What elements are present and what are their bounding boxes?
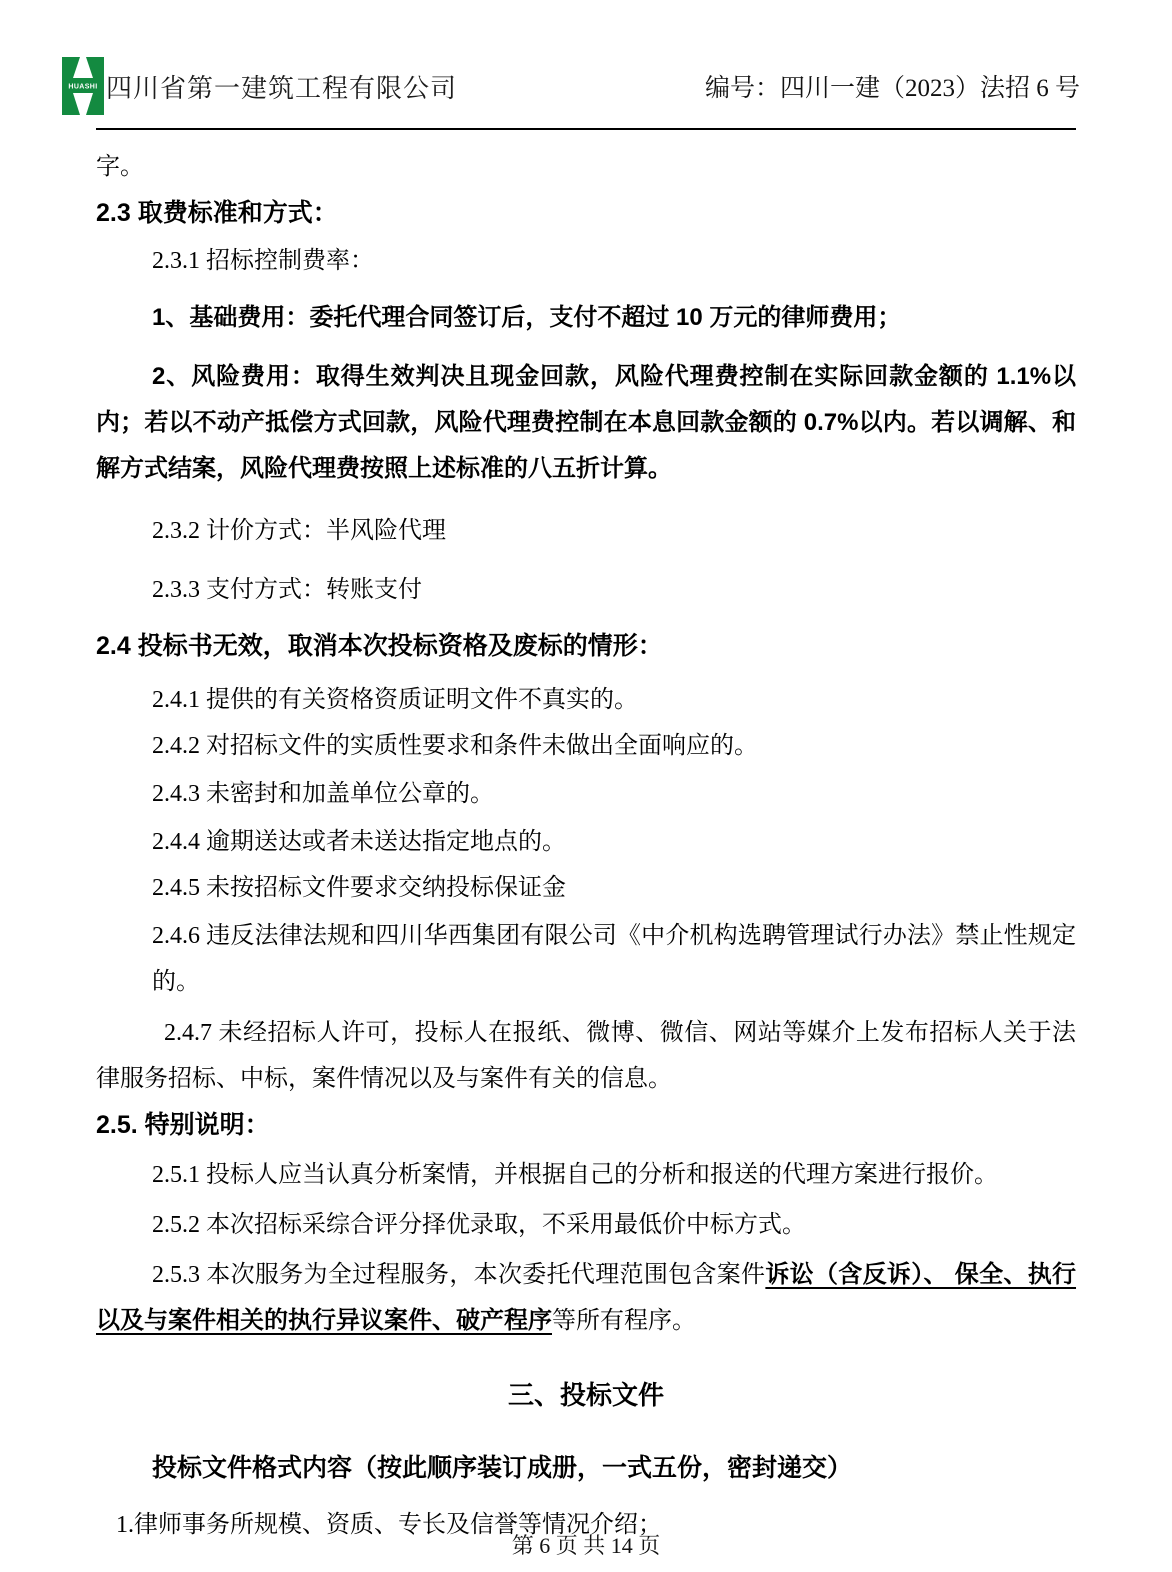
format-note: 投标文件格式内容（按此顺序装订成册，一式五份，密封递交） bbox=[96, 1445, 1076, 1491]
para-2-4-5: 2.4.5 未按招标文件要求交纳投标保证金 bbox=[96, 865, 1076, 911]
para-2-4-2: 2.4.2 对招标文件的实质性要求和条件未做出全面响应的。 bbox=[96, 723, 1076, 769]
fee-item-2: 2、风险费用：取得生效判决且现金回款，风险代理费控制在实际回款金额的 1.1%以… bbox=[96, 354, 1076, 492]
para-2-5-2: 2.5.2 本次招标采综合评分择优录取，不采用最低价中标方式。 bbox=[96, 1202, 1076, 1248]
para-2-3-3: 2.3.3 支付方式：转账支付 bbox=[96, 567, 1076, 613]
document-number: 编号：四川一建（2023）法招 6 号 bbox=[705, 68, 1080, 104]
para-2-4-3: 2.4.3 未密封和加盖单位公章的。 bbox=[96, 771, 1076, 817]
logo-text: HUASHI bbox=[68, 84, 97, 91]
document-page: HUASHI 四川省第一建筑工程有限公司 编号：四川一建（2023）法招 6 号… bbox=[0, 0, 1172, 1572]
header-divider bbox=[96, 128, 1076, 130]
company-brand: HUASHI 四川省第一建筑工程有限公司 bbox=[62, 57, 457, 115]
para-2-5-3-prefix: 2.5.3 本次服务为全过程服务，本次委托代理范围包含案件 bbox=[152, 1262, 765, 1288]
para-2-3-1: 2.3.1 招标控制费率： bbox=[96, 238, 1076, 284]
para-2-5-3: 2.5.3 本次服务为全过程服务，本次委托代理范围包含案件诉讼（含反诉）、 保全… bbox=[96, 1252, 1076, 1344]
para-2-4-6: 2.4.6 违反法律法规和四川华西集团有限公司《中介机构选聘管理试行办法》禁止性… bbox=[96, 913, 1076, 1005]
para-2-5-3-suffix: 等所有程序。 bbox=[552, 1308, 696, 1334]
document-body: 字。 2.3 取费标准和方式： 2.3.1 招标控制费率： 1、基础费用：委托代… bbox=[0, 144, 1172, 1548]
para-2-4-7: 2.4.7 未经招标人许可，投标人在报纸、微博、微信、网站等媒介上发布招标人关于… bbox=[96, 1010, 1076, 1102]
para-2-3-2: 2.3.2 计价方式：半风险代理 bbox=[96, 508, 1076, 554]
para-2-4-1: 2.4.1 提供的有关资格资质证明文件不真实的。 bbox=[96, 677, 1076, 723]
carryover-text: 字。 bbox=[96, 144, 1076, 190]
page-header: HUASHI 四川省第一建筑工程有限公司 编号：四川一建（2023）法招 6 号 bbox=[0, 0, 1172, 116]
huashi-logo-icon: HUASHI bbox=[62, 57, 104, 115]
company-name: 四川省第一建筑工程有限公司 bbox=[106, 68, 457, 105]
heading-2-3: 2.3 取费标准和方式： bbox=[96, 190, 1076, 236]
heading-2-4: 2.4 投标书无效，取消本次投标资格及废标的情形： bbox=[96, 623, 1076, 669]
heading-2-5: 2.5. 特别说明： bbox=[96, 1102, 1076, 1148]
page-number-indicator: 第 6 页 共 14 页 bbox=[0, 1529, 1172, 1560]
section-3-title: 三、投标文件 bbox=[96, 1372, 1076, 1418]
para-2-4-4: 2.4.4 逾期送达或者未送达指定地点的。 bbox=[96, 819, 1076, 865]
para-2-5-1: 2.5.1 投标人应当认真分析案情，并根据自己的分析和报送的代理方案进行报价。 bbox=[96, 1152, 1076, 1198]
fee-item-1: 1、基础费用：委托代理合同签订后，支付不超过 10 万元的律师费用； bbox=[96, 295, 1076, 341]
